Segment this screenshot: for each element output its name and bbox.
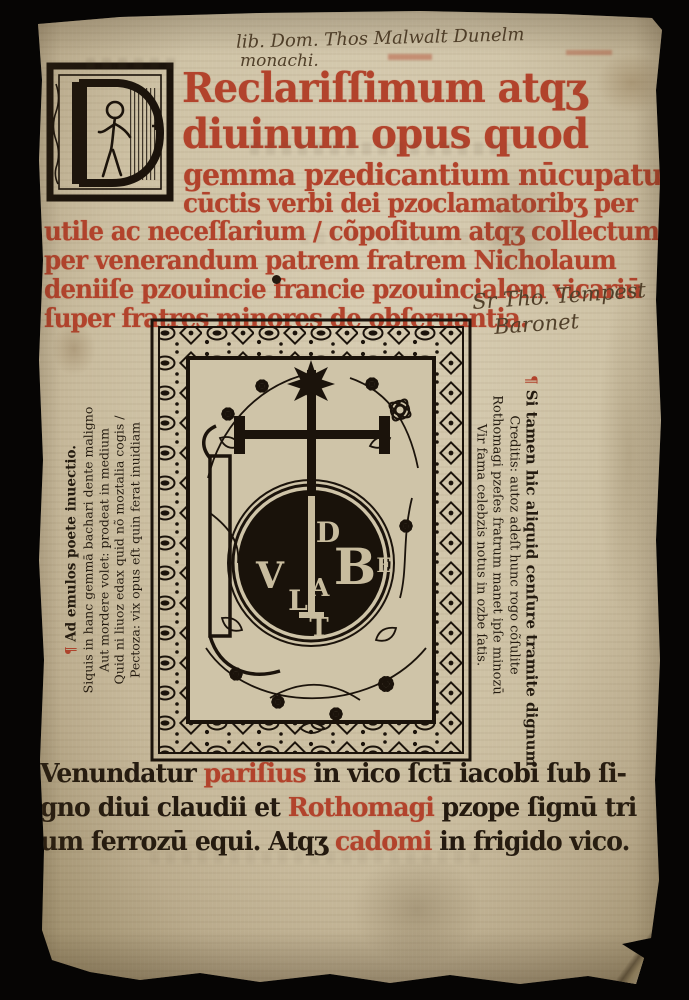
title-line-4: cūctis verbi dei pzoclamatoribʒ per [183,189,637,219]
imprint-text: in vico ſctī iacobi ſub ſi- [306,759,626,789]
monogram-letter: B [334,537,376,596]
imprint-place-paris: pariſius [204,759,306,789]
title-line-5: utile ac neceſſarium / cõpoſitum atqʒ co… [44,217,659,247]
monogram-letter: V [255,555,285,597]
title-line-6: per venerandum patrem fratrem Nicholaum [44,246,616,276]
imprint-text: gno diui claudii et [40,793,288,823]
page-corner-curl [605,927,667,989]
verse-left-heading: Ad emulos poete inuectio. [64,445,80,642]
imprint-place-rouen: Rothomagi [288,793,434,823]
verse-right-line: Vir fama celebzis notus in ozbe ſatis. [472,375,489,715]
parchment-page: lib. Dom. Thos Malwalt Dunelm monachi. [0,0,689,1000]
photo-backdrop: lib. Dom. Thos Malwalt Dunelm monachi. [0,0,689,1000]
pilcrow-icon: ¶ [522,375,540,385]
title-line-2: diuinum opus quod [182,110,588,158]
verse-left-column: ¶ Ad emulos poete inuectio. Siquis in ha… [64,383,143,718]
verse-left-line: Aut mordere volet: prodeat in medium [96,383,112,718]
adam-figure-icon [99,102,130,176]
owner-signature-line2: Baronet [493,309,579,339]
monogram-letter: L [288,584,308,617]
manuscript-inscription-line1: lib. Dom. Thos Malwalt Dunelm [236,24,525,53]
stain [596,52,668,114]
pilcrow-icon: ¶ [64,646,80,655]
red-ink-smear [566,50,612,55]
title-line-1: Reclariſſimum atqʒ [182,64,586,112]
verse-left-line: Quid ni liuoz edax quid nõ moztalia cogi… [112,383,128,718]
monogram-letter: E [376,553,391,577]
monogram-letter: A [310,573,330,602]
imprint-block: Venundatur pariſius in vico ſctī iacobi … [40,757,655,859]
verse-left-line: Pectoza: vix opus eſt quin ferat inuidia… [127,383,143,718]
imprint-text: pzope ſignū tri [434,793,637,823]
verse-right-line: Rothomagi pzeſes fratrum manet ipſe mino… [488,375,505,715]
monogram-roundel: V D B E L A T [228,480,394,646]
red-ink-smear [388,54,432,60]
verse-right-line: Si tamen hic aliquid cenſure tramite dig… [522,390,540,767]
stain [598,290,660,620]
verse-right-column: ¶ Si tamen hic aliquid cenſure tramite d… [472,375,541,715]
verse-left-line: Siquis in hanc gemmā bachari dente malig… [81,383,97,718]
monogram-letter: T [309,613,329,643]
stain [352,852,482,967]
title-line-3: gemma pzedicantium nūcupatur [183,158,676,193]
imprint-text: in frigido vico. [431,827,629,857]
initial-woodcut: D [46,62,174,202]
imprint-text: um ferrozū equi. Atqʒ [40,827,335,857]
vine-ornament-icon [54,84,59,184]
imprint-text: Venundatur [40,759,204,789]
imprint-place-caen: cadomi [335,827,432,857]
printer-device-woodcut: V D B E L A T [150,318,472,763]
verse-right-line: Creditis: autoz adeſt hunc rogo cõſulite [505,375,522,715]
